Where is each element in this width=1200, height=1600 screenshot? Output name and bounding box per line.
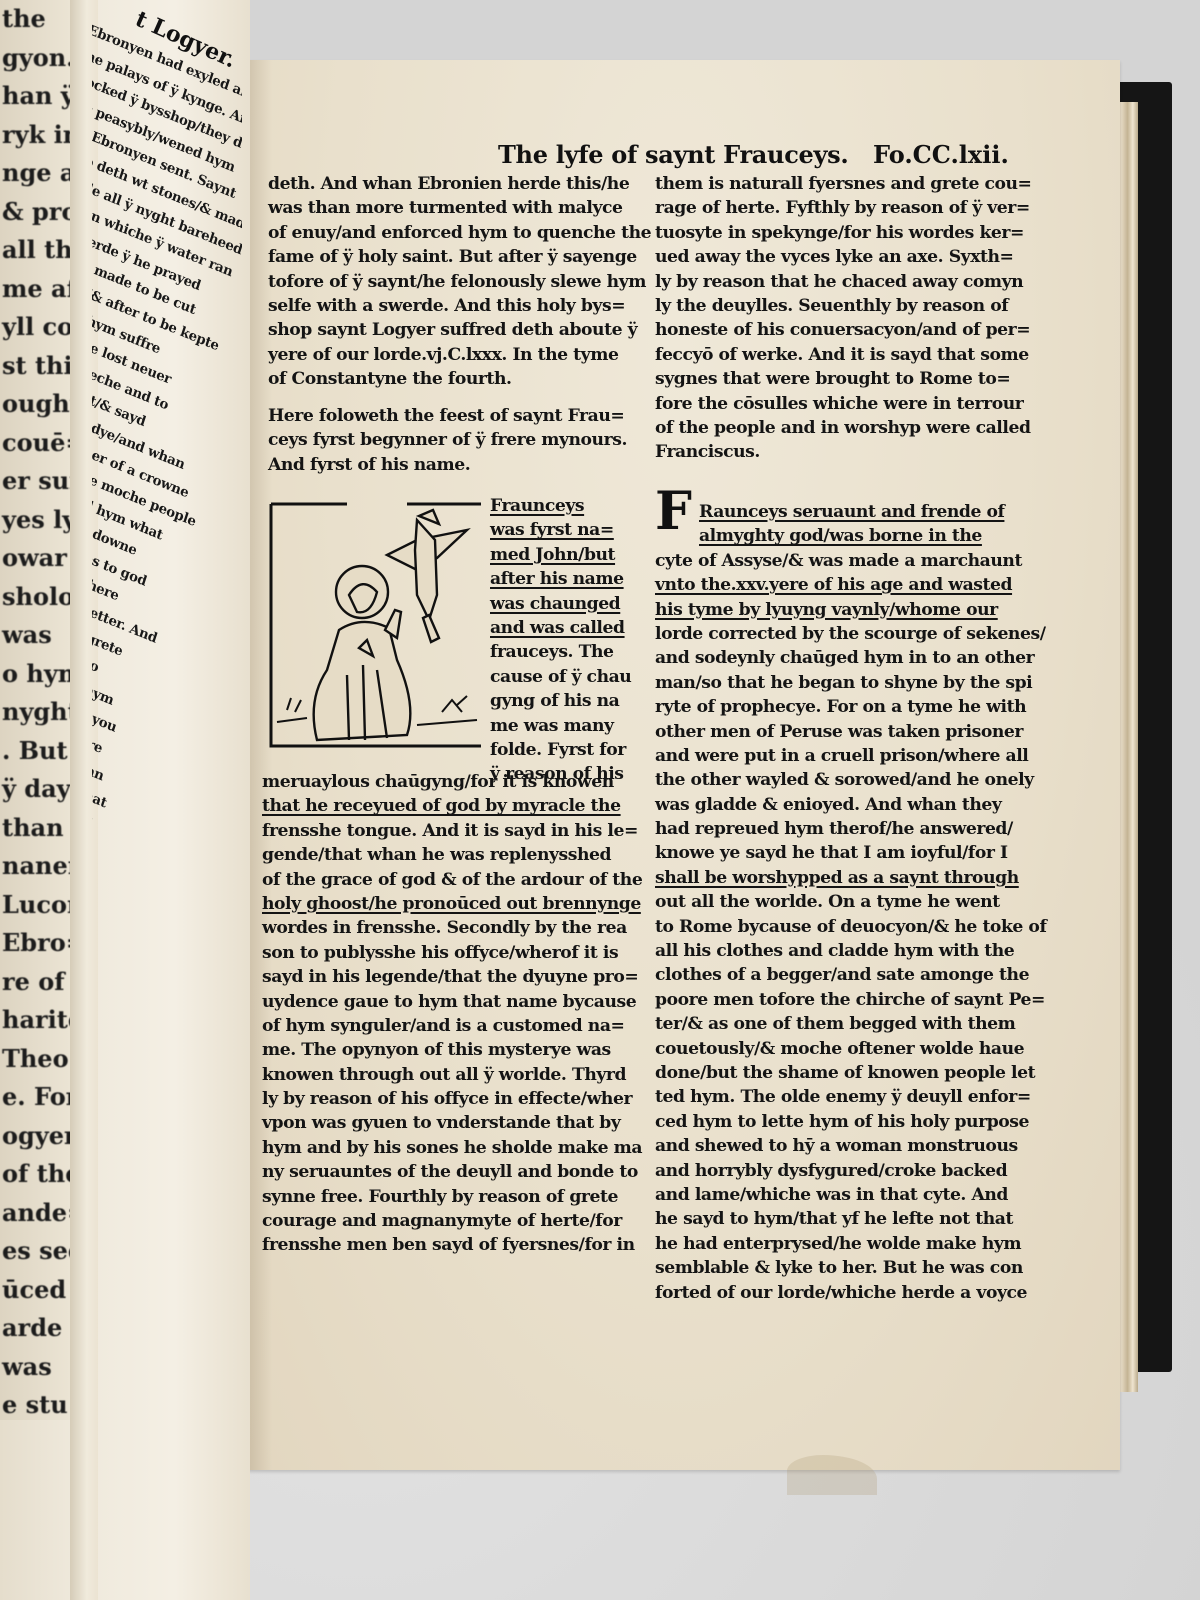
folio-number: Fo.CC.lxii. bbox=[873, 140, 1009, 169]
text-line: ly the deuylles. Seuenthly by reason of bbox=[655, 294, 1032, 318]
text-line: knowe ye sayd he that I am ioyful/for I bbox=[655, 841, 1046, 865]
running-title: The lyfe of saynt Frauceys. bbox=[498, 140, 848, 169]
text-line: of enuy/and enforced hym to quenche the bbox=[268, 221, 651, 245]
text-line: all his clothes and cladde hym with the bbox=[655, 939, 1046, 963]
text-below-woodcut: meruaylous chaūgyng/for it is knowen tha… bbox=[262, 770, 642, 1258]
text-line: es see bbox=[0, 1232, 70, 1271]
text-line: and sodeynly chaūged hym in to an other bbox=[655, 646, 1046, 670]
text-line: ryte of prophecye. For on a tyme he with bbox=[655, 695, 1046, 719]
text-beside-woodcut: Fraunceys was fyrst na= med John/but aft… bbox=[490, 494, 631, 787]
text-line: almyghty god/was borne in the bbox=[655, 524, 1046, 548]
text-line: other men of Peruse was taken prisoner bbox=[655, 720, 1046, 744]
text-line: er suf= bbox=[0, 462, 70, 501]
text-line: and was called bbox=[490, 616, 631, 640]
text-line: st this bbox=[0, 347, 70, 386]
text-line: was chaunged bbox=[490, 592, 631, 616]
text-line: ryk in bbox=[0, 116, 70, 155]
text-line: arde bbox=[0, 1309, 70, 1348]
text-line: e. For bbox=[0, 1078, 70, 1117]
text-line: all the bbox=[0, 231, 70, 270]
text-line: out all the worlde. On a tyme he went bbox=[655, 890, 1046, 914]
text-line: couetously/& moche oftener wolde haue bbox=[655, 1037, 1046, 1061]
text-line: to Rome bycause of deuocyon/& he toke of bbox=[655, 915, 1046, 939]
text-line: knowen through out all ÿ worlde. Thyrd bbox=[262, 1063, 642, 1087]
section-heading: Here foloweth the feest of saynt Frau= c… bbox=[268, 404, 627, 477]
text-line: frensshe men ben sayd of fyersnes/for in bbox=[262, 1233, 642, 1257]
text-line: frauceys. The bbox=[490, 640, 631, 664]
text-line: med John/but bbox=[490, 543, 631, 567]
text-line: owar bbox=[0, 539, 70, 578]
text-line: them is naturall fyersnes and grete cou= bbox=[655, 172, 1032, 196]
text-line: and lame/whiche was in that cyte. And bbox=[655, 1183, 1046, 1207]
text-line: me. The opynyon of this mysterye was bbox=[262, 1038, 642, 1062]
verso-near-column: t Logyer. Ebronyen had exyled and dryuen… bbox=[92, 0, 242, 1400]
text-line: ter/& as one of them begged with them bbox=[655, 1012, 1046, 1036]
text-line: that he receyued of god by myracle the bbox=[262, 794, 642, 818]
text-line: of the bbox=[0, 1155, 70, 1194]
text-line: ted hym. The olde enemy ÿ deuyll enfor= bbox=[655, 1085, 1046, 1109]
text-line: ūced bbox=[0, 1271, 70, 1310]
text-line: naner bbox=[0, 847, 70, 886]
text-line: his tyme by lyuyng vaynly/whome our bbox=[655, 598, 1046, 622]
text-line: nyght bbox=[0, 693, 70, 732]
text-line: yere of our lorde.vj.C.lxxx. In the tyme bbox=[268, 343, 651, 367]
text-line: fame of ÿ holy saint. But after ÿ sayeng… bbox=[268, 245, 651, 269]
text-line: e stu bbox=[0, 1386, 70, 1420]
verso-page: the gyon. han ÿ ryk in nge a= & pro= all… bbox=[0, 0, 250, 1600]
text-line: wordes in frensshe. Secondly by the rea bbox=[262, 916, 642, 940]
woodcut-saint-francis bbox=[267, 500, 485, 750]
text-line: ny seruauntes of the deuyll and bonde to bbox=[262, 1160, 642, 1184]
text-line: cause of ÿ chau bbox=[490, 665, 631, 689]
text-line: he sayd to hym/that yf he lefte not that bbox=[655, 1207, 1046, 1231]
text-line: cyte of Assyse/& was made a marchaunt bbox=[655, 549, 1046, 573]
text-line: ly by reason of his offyce in effecte/wh… bbox=[262, 1087, 642, 1111]
text-line: sayd in his legende/that the dyuyne pro= bbox=[262, 965, 642, 989]
text-line: shall be worshypped as a saynt through bbox=[655, 866, 1046, 890]
text-line: man/so that he began to shyne by the spi bbox=[655, 671, 1046, 695]
text-line: than bbox=[0, 809, 70, 848]
text-line: re of a bbox=[0, 963, 70, 1002]
text-line: honeste of his conuersacyon/and of per= bbox=[655, 318, 1032, 342]
text-line: & pro= bbox=[0, 193, 70, 232]
text-line: ced hym to lette hym of his holy purpose bbox=[655, 1110, 1046, 1134]
text-line: Raunceys seruaunt and frende of bbox=[655, 500, 1046, 524]
text-line: me af= bbox=[0, 270, 70, 309]
text-line: yll coū bbox=[0, 308, 70, 347]
text-line: ÿ daye bbox=[0, 770, 70, 809]
text-line: hym and by his sones he sholde make ma bbox=[262, 1136, 642, 1160]
text-line: selfe with a swerde. And this holy bys= bbox=[268, 294, 651, 318]
text-line: Ebro= bbox=[0, 924, 70, 963]
text-line: ued away the vyces lyke an axe. Syxth= bbox=[655, 245, 1032, 269]
text-line: vnto the.xxv.yere of his age and wasted bbox=[655, 573, 1046, 597]
text-line: the bbox=[0, 0, 70, 39]
text-line: was than more turmented with malyce bbox=[268, 196, 651, 220]
text-line: was bbox=[0, 1348, 70, 1387]
text-line: son to publysshe his offyce/wherof it is bbox=[262, 941, 642, 965]
text-line: o hym bbox=[0, 655, 70, 694]
verso-far-column: the gyon. han ÿ ryk in nge a= & pro= all… bbox=[0, 0, 70, 1420]
text-line: semblable & lyke to her. But he was con bbox=[655, 1256, 1046, 1280]
left-column-top-paragraph: deth. And whan Ebronien herde this/he wa… bbox=[268, 172, 651, 392]
text-line: ly by reason that he chaced away comyn bbox=[655, 270, 1032, 294]
text-line: synne free. Fourthly by reason of grete bbox=[262, 1185, 642, 1209]
text-line: of Constantyne the fourth. bbox=[268, 367, 651, 391]
text-line: gyng of his na bbox=[490, 689, 631, 713]
text-line: ande= bbox=[0, 1194, 70, 1233]
text-line: sygnes that were brought to Rome to= bbox=[655, 367, 1032, 391]
right-column-main-paragraph: Raunceys seruaunt and frende of almyghty… bbox=[655, 500, 1046, 1305]
text-line: of the grace of god & of the ardour of t… bbox=[262, 868, 642, 892]
text-line: uydence gaue to hym that name bycause bbox=[262, 990, 642, 1014]
text-line: fore the cōsulles whiche were in terrour bbox=[655, 392, 1032, 416]
text-line: meruaylous chaūgyng/for it is knowen bbox=[262, 770, 642, 794]
text-line: clothes of a begger/and sate amonge the bbox=[655, 963, 1046, 987]
text-line: Fraunceys bbox=[490, 494, 631, 518]
text-line: couē= bbox=[0, 424, 70, 463]
text-line: harite bbox=[0, 1001, 70, 1040]
text-line: was bbox=[0, 616, 70, 655]
text-line: Franciscus. bbox=[655, 440, 1032, 464]
text-line: the other wayled & sorowed/and he onely bbox=[655, 768, 1046, 792]
text-line: forted of our lorde/whiche herde a voyce bbox=[655, 1281, 1046, 1305]
text-line: shop saynt Logyer suffred deth aboute ÿ bbox=[268, 318, 651, 342]
text-line: done/but the shame of knowen people let bbox=[655, 1061, 1046, 1085]
right-column-top-paragraph: them is naturall fyersnes and grete cou=… bbox=[655, 172, 1032, 465]
text-line: gyon. bbox=[0, 39, 70, 78]
text-line: yes ly bbox=[0, 501, 70, 540]
text-line: deth. And whan Ebronien herde this/he bbox=[268, 172, 651, 196]
text-line: ogyer bbox=[0, 1117, 70, 1156]
text-line: han ÿ bbox=[0, 77, 70, 116]
text-line: courage and magnanymyte of herte/for bbox=[262, 1209, 642, 1233]
text-line: me was many bbox=[490, 714, 631, 738]
text-line: sholo bbox=[0, 578, 70, 617]
text-line: was gladde & enioyed. And whan they bbox=[655, 793, 1046, 817]
text-line: tofore of ÿ saynt/he felonously slewe hy… bbox=[268, 270, 651, 294]
text-line: Lucon bbox=[0, 886, 70, 925]
text-line: Here foloweth the feest of saynt Frau= bbox=[268, 404, 627, 428]
text-line: folde. Fyrst for bbox=[490, 738, 631, 762]
text-line: . But bbox=[0, 732, 70, 771]
text-line: rage of herte. Fyfthly by reason of ÿ ve… bbox=[655, 196, 1032, 220]
text-line: he had enterprysed/he wolde make hym bbox=[655, 1232, 1046, 1256]
text-line: gende/that whan he was replenysshed bbox=[262, 843, 642, 867]
text-line: ceys fyrst begynner of ÿ frere mynours. bbox=[268, 428, 627, 452]
text-line: poore men tofore the chirche of saynt Pe… bbox=[655, 988, 1046, 1012]
text-line: was fyrst na= bbox=[490, 518, 631, 542]
text-line: ought bbox=[0, 385, 70, 424]
text-line: tuosyte in spekynge/for his wordes ker= bbox=[655, 221, 1032, 245]
text-line: and horrybly dysfygured/croke backed bbox=[655, 1159, 1046, 1183]
text-line: of hym synguler/and is a customed na= bbox=[262, 1014, 642, 1038]
text-line: nge a= bbox=[0, 154, 70, 193]
text-line: frensshe tongue. And it is sayd in his l… bbox=[262, 819, 642, 843]
text-line: after his name bbox=[490, 567, 631, 591]
text-line: feccyō of werke. And it is sayd that som… bbox=[655, 343, 1032, 367]
text-line: of the people and in worshyp were called bbox=[655, 416, 1032, 440]
text-line: holy ghoost/he pronoūced out brennynge bbox=[262, 892, 642, 916]
text-line: Theo bbox=[0, 1040, 70, 1079]
text-line: and were put in a cruell prison/where al… bbox=[655, 744, 1046, 768]
text-line: had repreued hym therof/he answered/ bbox=[655, 817, 1046, 841]
text-line: lorde corrected by the scourge of sekene… bbox=[655, 622, 1046, 646]
text-line: and shewed to hȳ a woman monstruous bbox=[655, 1134, 1046, 1158]
verso-text-block: Ebronyen had exyled and dryuen the palay… bbox=[92, 18, 242, 1207]
text-line: And fyrst of his name. bbox=[268, 453, 627, 477]
text-line: vpon was gyuen to vnderstande that by bbox=[262, 1111, 642, 1135]
